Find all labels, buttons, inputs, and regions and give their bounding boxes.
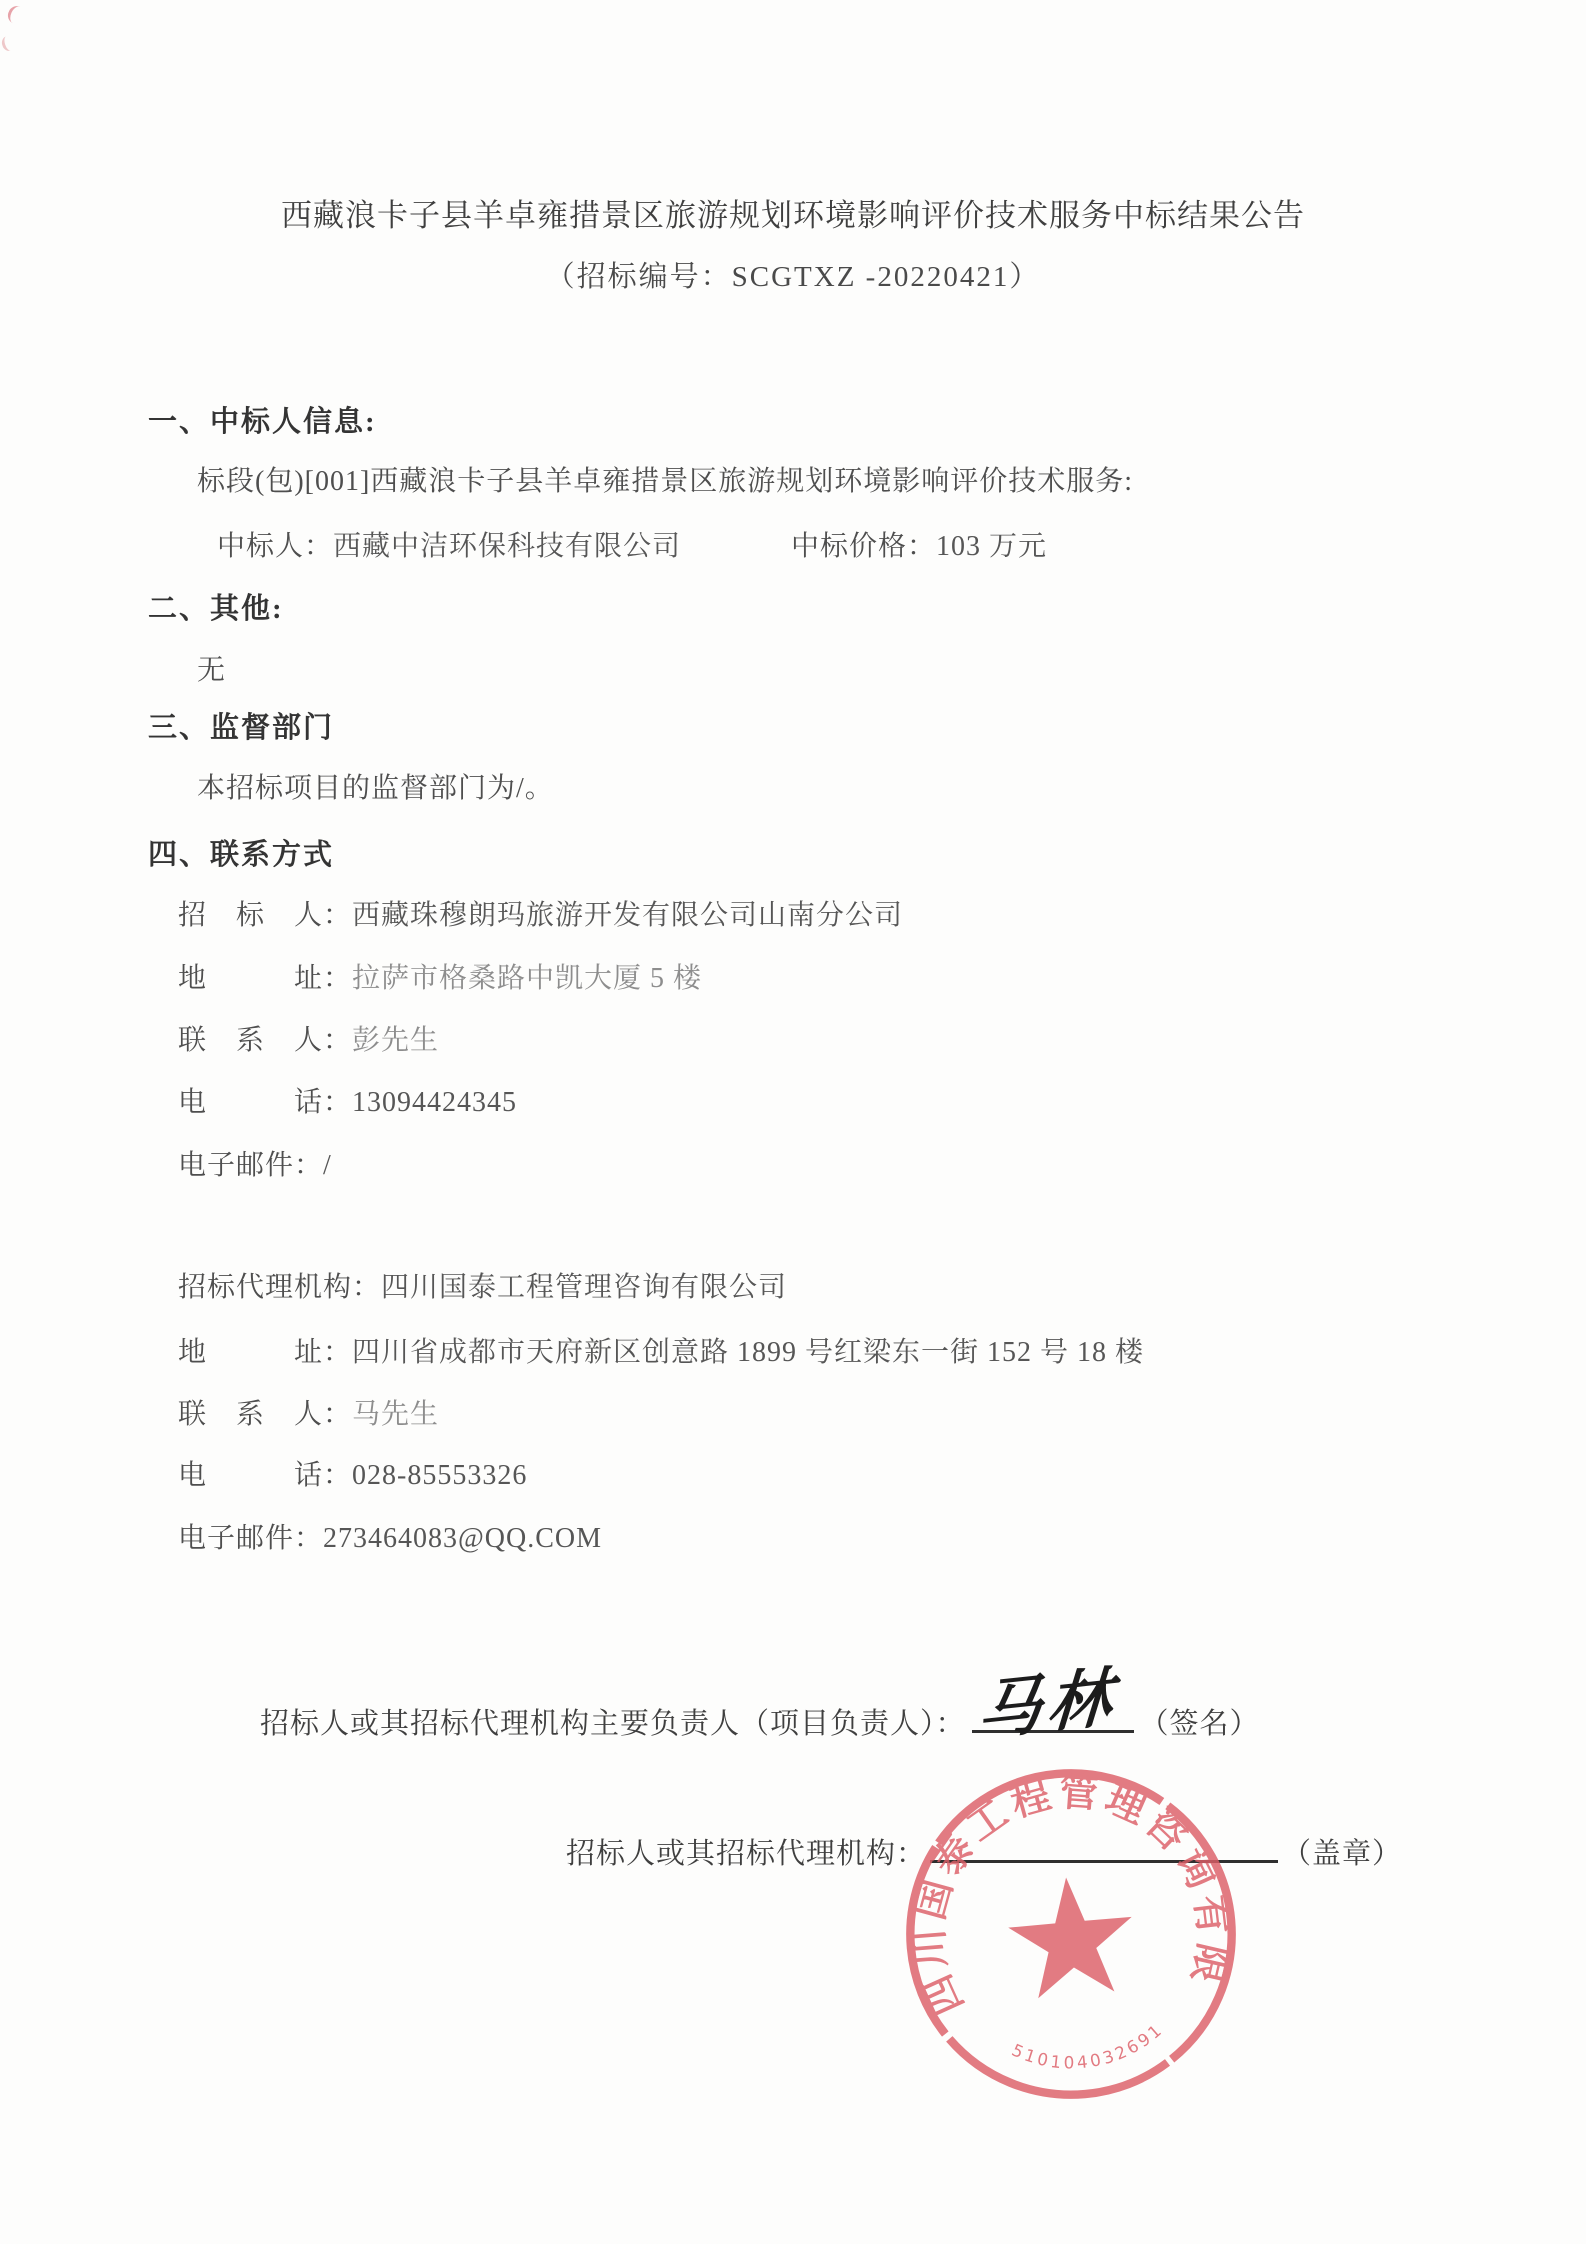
section-heading-other: 二、其他: (148, 586, 284, 627)
lot-line: 标段(包)[001]西藏浪卡子县羊卓雍措景区旅游规划环境影响评价技术服务: (197, 459, 1133, 499)
seal-number-text: 5101040326912 (889, 1752, 1170, 2087)
field-label: 电子邮件： (178, 1143, 323, 1183)
section-heading-contact: 四、联系方式 (148, 832, 334, 873)
handwritten-signature: 马林 (975, 1645, 1121, 1753)
svg-text:四川国泰工程管理咨询有限公司: 四川国泰工程管理咨询有限公司 (889, 1752, 1240, 2025)
field-label: 联 系 人： (178, 1392, 352, 1432)
scan-artifact (0, 34, 17, 52)
agency-row: 招标代理机构：四川国泰工程管理咨询有限公司 (178, 1265, 787, 1305)
field-value: 马先生 (352, 1399, 439, 1430)
tenderer-row: 地 址：拉萨市格桑路中凯大厦 5 楼 (178, 956, 702, 996)
svg-text:5101040326912: 5101040326912 (889, 1752, 1170, 2087)
stamp-underline (930, 1859, 1278, 1863)
field-value: 273464083@QQ.COM (323, 1523, 602, 1554)
field-value: 13094424345 (352, 1087, 517, 1118)
scan-artifact (5, 3, 28, 26)
tenderer-row: 电 话：13094424345 (178, 1080, 517, 1120)
agency-row: 地 址：四川省成都市天府新区创意路 1899 号红梁东一街 152 号 18 楼 (178, 1330, 1144, 1370)
section-heading-winner-info: 一、中标人信息: (148, 399, 377, 440)
field-value: 彭先生 (352, 1025, 439, 1056)
agency-row: 联 系 人：马先生 (178, 1392, 439, 1432)
agency-row: 电 话：028-85553326 (178, 1453, 527, 1493)
field-value: / (323, 1150, 332, 1181)
price-label: 中标价格： (791, 524, 936, 564)
stamp-suffix: （盖章） (1282, 1838, 1402, 1870)
signature-label: 招标人或其招标代理机构主要负责人（项目负责人）： (260, 1708, 966, 1740)
section-heading-supervision: 三、监督部门 (148, 705, 334, 746)
tenderer-row: 电子邮件：/ (178, 1143, 332, 1183)
field-label: 电子邮件： (178, 1516, 323, 1556)
seal-ring (897, 1760, 1245, 2108)
field-value: 拉萨市格桑路中凯大厦 5 楼 (352, 963, 702, 994)
field-label: 地 址： (178, 956, 352, 996)
field-label: 电 话： (178, 1080, 352, 1120)
agency-row: 电子邮件：273464083@QQ.COM (178, 1516, 602, 1556)
page-title: 西藏浪卡子县羊卓雍措景区旅游规划环境影响评价技术服务中标结果公告 (0, 190, 1586, 235)
field-label: 招 标 人： (178, 893, 352, 933)
field-value: 四川省成都市天府新区创意路 1899 号红梁东一街 152 号 18 楼 (352, 1337, 1144, 1368)
price-value: 103 万元 (936, 531, 1047, 562)
field-value: 西藏珠穆朗玛旅游开发有限公司山南分公司 (352, 900, 903, 931)
tenderer-row: 联 系 人：彭先生 (178, 1018, 439, 1058)
winner-line: 中标人：西藏中洁环保科技有限公司中标价格：103 万元 (217, 524, 1047, 564)
signature-underline: 马林 (972, 1729, 1134, 1733)
signature-row-agency-stamp: 招标人或其招标代理机构：（盖章） (566, 1831, 1402, 1872)
winner-label: 中标人： (217, 524, 333, 564)
other-content: 无 (197, 648, 226, 688)
tender-number-subtitle: （招标编号：SCGTXZ -20220421） (0, 254, 1586, 295)
supervision-content: 本招标项目的监督部门为/。 (197, 766, 554, 806)
field-label: 地 址： (178, 1330, 352, 1370)
seal-graphic: 四川国泰工程管理咨询有限公司 5101040326912 (889, 1752, 1253, 2116)
field-label: 招标代理机构： (178, 1265, 381, 1305)
field-label: 电 话： (178, 1453, 352, 1493)
field-value: 四川国泰工程管理咨询有限公司 (381, 1272, 787, 1303)
stamp-label: 招标人或其招标代理机构： (566, 1838, 926, 1870)
seal-company-text: 四川国泰工程管理咨询有限公司 (889, 1752, 1240, 2025)
signature-row-project-leader: 招标人或其招标代理机构主要负责人（项目负责人）：马林（签名） (260, 1701, 1260, 1742)
signature-suffix: （签名） (1140, 1708, 1260, 1740)
winner-value: 西藏中洁环保科技有限公司 (333, 531, 681, 562)
company-seal: 四川国泰工程管理咨询有限公司 5101040326912 (889, 1752, 1253, 2116)
field-label: 联 系 人： (178, 1018, 352, 1058)
tenderer-row: 招 标 人：西藏珠穆朗玛旅游开发有限公司山南分公司 (178, 893, 903, 933)
field-value: 028-85553326 (352, 1460, 527, 1491)
seal-star-icon (1004, 1872, 1138, 2000)
scanned-document-page: 西藏浪卡子县羊卓雍措景区旅游规划环境影响评价技术服务中标结果公告 （招标编号：S… (0, 0, 1586, 2244)
